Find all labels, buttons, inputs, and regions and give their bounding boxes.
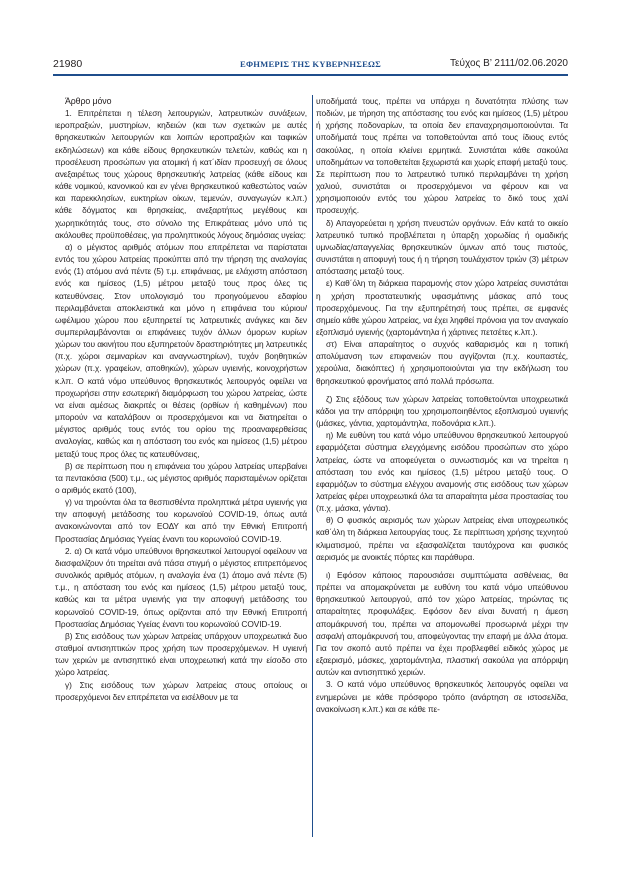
- paragraph-2th: θ) Ο φυσικός αερισμός των χώρων λατρείας…: [316, 514, 568, 563]
- paragraph-2st: στ) Είναι απαραίτητος ο συχνός καθαρισμό…: [316, 338, 568, 387]
- paragraph-1: 1. Επιτρέπεται η τέλεση λειτουργιών, λατ…: [55, 107, 307, 241]
- header-rule: [53, 74, 568, 76]
- column-divider: [312, 95, 313, 837]
- issue-reference: Τεύχος Β’ 2111/02.06.2020: [450, 58, 568, 69]
- paragraph-2d: δ) Απαγορεύεται η χρήση πνευστών οργάνων…: [316, 217, 568, 278]
- paragraph-1a: α) ο μέγιστος αριθμός ατόμων που επιτρέπ…: [55, 241, 307, 460]
- article-title: Άρθρο μόνο: [55, 95, 307, 107]
- paragraph-2e: ε) Καθ΄όλη τη διάρκεια παραμονής στον χώ…: [316, 277, 568, 338]
- left-column: Άρθρο μόνο 1. Επιτρέπεται η τέλεση λειτο…: [55, 95, 307, 703]
- paragraph-3: 3. Ο κατά νόμο υπεύθυνος θρησκευτικός λε…: [316, 678, 568, 714]
- page-header: 21980 ΕΦΗΜΕΡΙΣ ΤΗΣ ΚΥΒΕΡΝΗΣΕΩΣ Τεύχος Β’…: [53, 56, 568, 74]
- paragraph-1c: γ) να τηρούνται όλα τα θεσπισθέντα προλη…: [55, 496, 307, 545]
- right-column: υποδήματά τους, πρέπει να υπάρχει η δυνα…: [316, 95, 568, 715]
- paragraph-2z: ζ) Στις εξόδους των χώρων λατρείας τοποθ…: [316, 393, 568, 429]
- body-columns: Άρθρο μόνο 1. Επιτρέπεται η τέλεση λειτο…: [55, 95, 568, 845]
- paragraph-1b: β) σε περίπτωση που η επιφάνεια του χώρο…: [55, 460, 307, 496]
- paragraph-2c-continued: υποδήματά τους, πρέπει να υπάρχει η δυνα…: [316, 95, 568, 217]
- paragraph-2b: β) Στις εισόδους των χώρων λατρείας υπάρ…: [55, 630, 307, 679]
- paragraph-2i: ι) Εφόσον κάποιος παρουσιάσει συμπτώματα…: [316, 569, 568, 678]
- paragraph-2h: η) Με ευθύνη του κατά νόμο υπεύθυνου θρη…: [316, 429, 568, 514]
- paragraph-2a: 2. α) Οι κατά νόμο υπεύθυνοι θρησκευτικο…: [55, 545, 307, 630]
- paragraph-2c: γ) Στις εισόδους των χώρων λατρείας στου…: [55, 679, 307, 703]
